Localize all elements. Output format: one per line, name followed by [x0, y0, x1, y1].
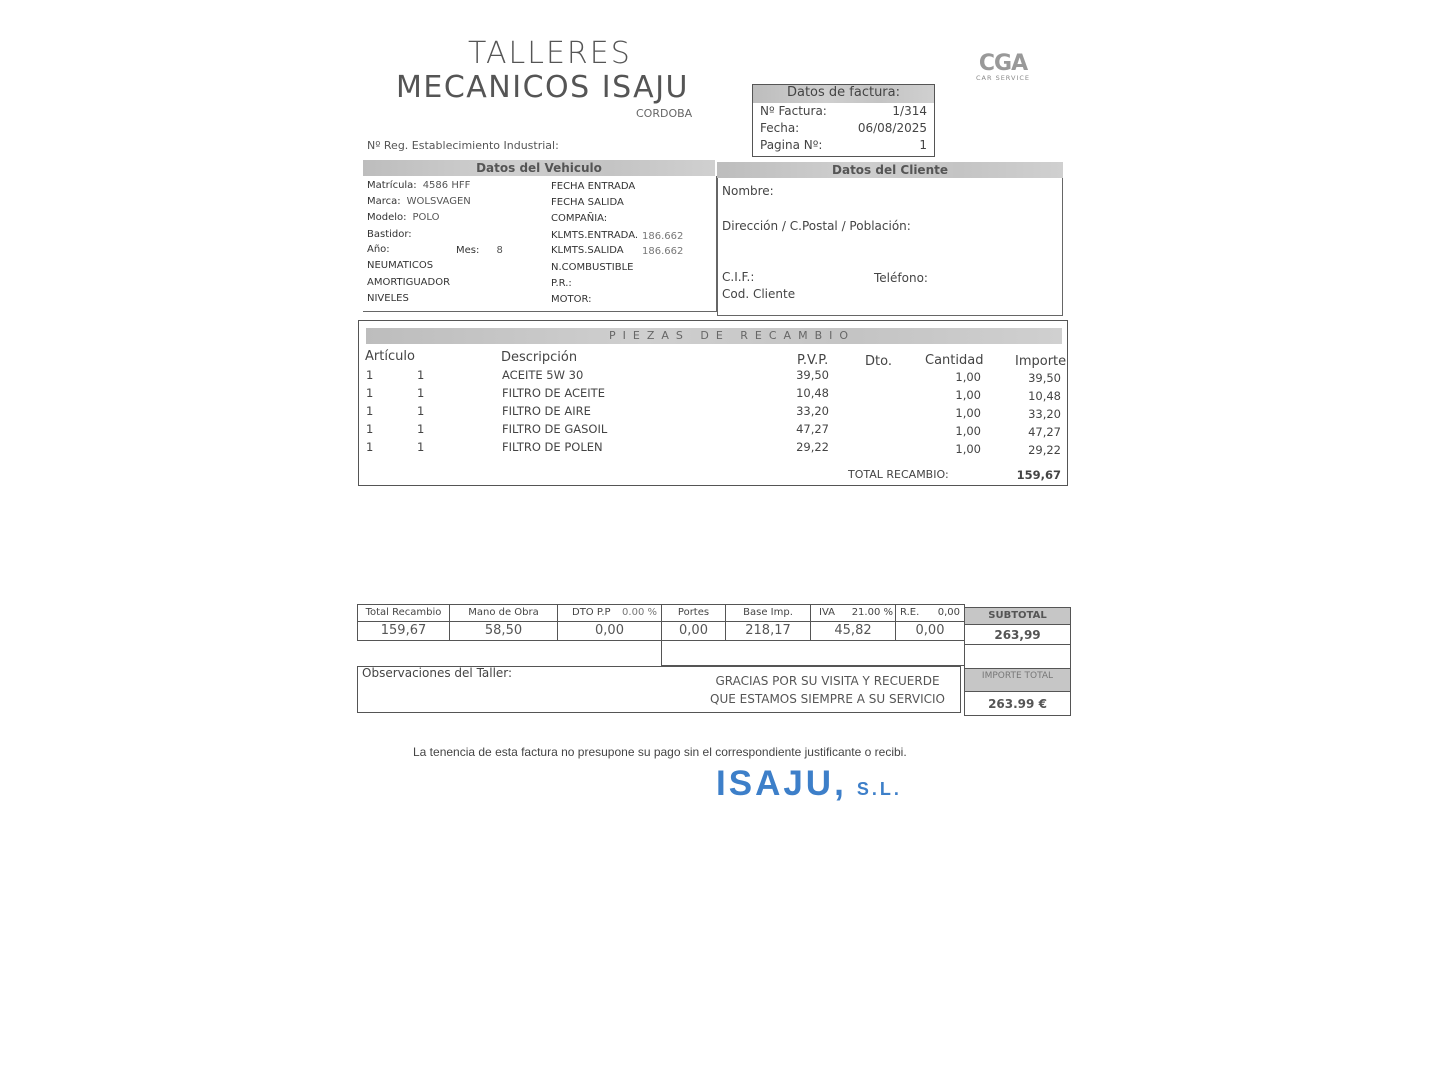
parts-cell-amount: 47,27 — [1010, 425, 1061, 439]
company-name-line2: MECANICOS ISAJU — [396, 70, 689, 105]
parts-section-title: PIEZAS DE RECAMBIO — [366, 328, 1062, 344]
vehicle-field-label: KLMTS.SALIDA — [551, 245, 624, 256]
vehicle-field: COMPAÑIA: — [551, 213, 607, 224]
invoice-date-row: Fecha: 06/08/2025 — [753, 120, 934, 137]
col-amount: Importe — [1015, 354, 1066, 369]
totals-re-pct: 0,00 — [938, 605, 960, 621]
totals-empty-row — [661, 640, 965, 666]
totals-parts-label: Total Recambio — [358, 605, 449, 621]
invoice-data-title: Datos de factura: — [753, 85, 934, 103]
parts-cell-pvp: 39,50 — [770, 368, 829, 382]
client-cif-label: C.I.F.: — [722, 270, 754, 284]
totals-dto-value-cell: 0,00 — [557, 621, 662, 641]
totals-subtotal: 263,99 — [965, 625, 1070, 645]
vehicle-field: Modelo:POLO — [367, 212, 440, 223]
totals-dto-label-cell: DTO P.P 0.00 % — [557, 604, 662, 622]
stamp-main: ISAJU, — [716, 764, 847, 803]
invoice-page: 1 — [919, 137, 927, 154]
workshop-notes-label: Observaciones del Taller: — [362, 666, 512, 680]
totals-labor-label-cell: Mano de Obra — [449, 604, 558, 622]
vehicle-field: FECHA ENTRADA — [551, 181, 635, 192]
parts-total-label: TOTAL RECAMBIO: — [848, 468, 949, 481]
col-description: Descripción — [501, 350, 577, 365]
totals-vat-label-cell: IVA 21.00 % — [810, 604, 896, 622]
vehicle-field: NEUMATICOS — [367, 260, 439, 271]
parts-cell-description: FILTRO DE ACEITE — [502, 386, 752, 400]
parts-cell-col1: 1 — [366, 368, 386, 382]
totals-shipping-label-cell: Portes — [661, 604, 726, 622]
cga-logo: CGA CAR SERVICE — [976, 54, 1030, 82]
vehicle-field-label: Matrícula: — [367, 180, 417, 191]
col-pvp: P.V.P. — [797, 353, 828, 368]
grand-total: 263.99 € — [965, 692, 1070, 716]
vehicle-field: Matrícula:4586 HFF — [367, 180, 470, 191]
vehicle-field-label: Modelo: — [367, 212, 407, 223]
grand-total-label: IMPORTE TOTAL — [964, 668, 1071, 692]
thanks-message: GRACIAS POR SU VISITA Y RECUERDE QUE EST… — [665, 672, 990, 708]
parts-cell-col2: 1 — [417, 368, 437, 382]
grand-total-cell: 263.99 € — [964, 691, 1071, 716]
invoice-number-label: Nº Factura: — [760, 103, 827, 120]
totals-base-label: Base Imp. — [726, 605, 810, 621]
parts-cell-quantity: 1,00 — [930, 442, 981, 456]
totals-dto: 0,00 — [558, 622, 661, 640]
totals-vat-pct: 21.00 % — [852, 605, 893, 621]
vehicle-field-value: 186.662 — [642, 246, 683, 257]
totals-labor-value-cell: 58,50 — [449, 621, 558, 641]
totals-shipping-value-cell: 0,00 — [661, 621, 726, 641]
parts-cell-quantity: 1,00 — [930, 370, 981, 384]
cga-logo-icon: CGA — [976, 54, 1030, 74]
totals-shipping-label: Portes — [662, 605, 725, 621]
totals-vat-value-cell: 45,82 — [810, 621, 896, 641]
thanks-line1: GRACIAS POR SU VISITA Y RECUERDE — [665, 672, 990, 690]
vehicle-field-value: 4586 HFF — [423, 180, 471, 191]
parts-cell-col2: 1 — [417, 386, 437, 400]
company-name-line1: TALLERES — [468, 36, 632, 71]
vehicle-field-value: POLO — [413, 212, 440, 223]
company-stamp: ISAJU,S.L. — [716, 764, 902, 804]
payment-disclaimer: La tenencia de esta factura no presupone… — [413, 745, 907, 759]
parts-cell-col2: 1 — [417, 422, 437, 436]
totals-shipping: 0,00 — [662, 622, 725, 640]
vehicle-field: AMORTIGUADOR — [367, 277, 456, 288]
parts-cell-description: FILTRO DE POLEN — [502, 440, 752, 454]
totals-vat-label-row: IVA 21.00 % — [811, 605, 895, 621]
totals-labor-label: Mano de Obra — [450, 605, 557, 621]
parts-cell-quantity: 1,00 — [930, 406, 981, 420]
vehicle-field: KLMTS.SALIDA186.662 — [551, 245, 624, 256]
parts-cell-col1: 1 — [366, 440, 386, 454]
vehicle-field-label: P.R.: — [551, 278, 572, 289]
client-phone-label: Teléfono: — [874, 271, 928, 285]
invoice-data-box: Datos de factura: Nº Factura: 1/314 Fech… — [752, 84, 935, 157]
totals-base-label-cell: Base Imp. — [725, 604, 811, 622]
totals-subtotal-label: SUBTOTAL — [964, 607, 1071, 625]
vehicle-field-label: MOTOR: — [551, 294, 592, 305]
totals-re: 0,00 — [896, 622, 964, 640]
parts-cell-col1: 1 — [366, 422, 386, 436]
parts-cell-amount: 29,22 — [1010, 443, 1061, 457]
invoice-number: 1/314 — [892, 103, 927, 120]
parts-cell-pvp: 33,20 — [770, 404, 829, 418]
totals-parts: 159,67 — [358, 622, 449, 640]
totals-vat: 45,82 — [811, 622, 895, 640]
totals-dto-pct: 0.00 % — [622, 605, 657, 621]
vehicle-field: FECHA SALIDA — [551, 197, 624, 208]
parts-cell-description: FILTRO DE GASOIL — [502, 422, 752, 436]
col-article: Artículo — [365, 349, 415, 364]
totals-base: 218,17 — [726, 622, 810, 640]
col-quantity: Cantidad — [925, 353, 983, 368]
parts-cell-quantity: 1,00 — [930, 424, 981, 438]
vehicle-month-value: 8 — [497, 245, 503, 256]
vehicle-field-label: NIVELES — [367, 293, 409, 304]
stamp-suffix: S.L. — [857, 779, 902, 799]
totals-labor: 58,50 — [450, 622, 557, 640]
vehicle-field-label: AMORTIGUADOR — [367, 277, 450, 288]
parts-cell-col2: 1 — [417, 440, 437, 454]
parts-table — [358, 320, 1068, 486]
invoice-date-label: Fecha: — [760, 120, 799, 137]
parts-cell-col2: 1 — [417, 404, 437, 418]
vehicle-field: MOTOR: — [551, 294, 592, 305]
parts-cell-pvp: 10,48 — [770, 386, 829, 400]
vehicle-field-label: Año: — [367, 244, 390, 255]
vehicle-field-label: COMPAÑIA: — [551, 213, 607, 224]
parts-cell-description: ACEITE 5W 30 — [502, 368, 752, 382]
thanks-line2: QUE ESTAMOS SIEMPRE A SU SERVICIO — [665, 690, 990, 708]
client-section-title: Datos del Cliente — [717, 162, 1063, 178]
vehicle-field: Año: — [367, 244, 396, 255]
invoice-number-row: Nº Factura: 1/314 — [753, 103, 934, 120]
cga-logo-subtitle: CAR SERVICE — [976, 74, 1030, 82]
invoice-page-label: Pagina Nº: — [760, 137, 822, 154]
totals-re-label-row: R.E. 0,00 — [896, 605, 964, 621]
vehicle-field-label: KLMTS.ENTRADA. — [551, 230, 638, 241]
vehicle-field: Bastidor: — [367, 229, 418, 240]
vehicle-field-label: FECHA SALIDA — [551, 197, 624, 208]
parts-cell-amount: 39,50 — [1010, 371, 1061, 385]
totals-dto-label-row: DTO P.P 0.00 % — [558, 605, 661, 621]
vehicle-field-value: WOLSVAGEN — [407, 196, 471, 207]
vehicle-field-label: Bastidor: — [367, 229, 412, 240]
totals-parts-value-cell: 159,67 — [357, 621, 450, 641]
parts-cell-description: FILTRO DE AIRE — [502, 404, 752, 418]
totals-vat-label: IVA — [819, 605, 835, 621]
totals-re-label: R.E. — [900, 605, 919, 621]
vehicle-month: Mes: 8 — [456, 245, 503, 256]
vehicle-field-label: N.COMBUSTIBLE — [551, 262, 633, 273]
client-address-label: Dirección / C.Postal / Población: — [722, 219, 911, 233]
vehicle-month-label: Mes: — [456, 245, 479, 256]
totals-re-value-cell: 0,00 — [895, 621, 965, 641]
vehicle-field: NIVELES — [367, 293, 415, 304]
client-code-label: Cod. Cliente — [722, 287, 795, 301]
company-city: CORDOBA — [636, 107, 692, 120]
parts-cell-quantity: 1,00 — [930, 388, 981, 402]
col-discount: Dto. — [865, 354, 892, 369]
vehicle-field-label: Marca: — [367, 196, 401, 207]
vehicle-field-label: NEUMATICOS — [367, 260, 433, 271]
parts-cell-amount: 33,20 — [1010, 407, 1061, 421]
parts-title-text: PIEZAS DE RECAMBIO — [609, 329, 855, 342]
parts-cell-pvp: 47,27 — [770, 422, 829, 436]
totals-re-label-cell: R.E. 0,00 — [895, 604, 965, 622]
parts-cell-pvp: 29,22 — [770, 440, 829, 454]
parts-cell-col1: 1 — [366, 404, 386, 418]
totals-base-value-cell: 218,17 — [725, 621, 811, 641]
totals-empty-right — [964, 644, 1071, 670]
vehicle-field: P.R.: — [551, 278, 572, 289]
registration-label: Nº Reg. Establecimiento Industrial: — [367, 139, 559, 152]
totals-dto-label: DTO P.P — [572, 605, 611, 621]
client-name-label: Nombre: — [722, 184, 774, 198]
parts-cell-amount: 10,48 — [1010, 389, 1061, 403]
vehicle-field: Marca:WOLSVAGEN — [367, 196, 471, 207]
vehicle-section-title: Datos del Vehiculo — [363, 160, 715, 176]
totals-parts-label-cell: Total Recambio — [357, 604, 450, 622]
parts-total: 159,67 — [1000, 468, 1061, 482]
vehicle-field-label: FECHA ENTRADA — [551, 181, 635, 192]
totals-subtotal-cell: 263,99 — [964, 624, 1071, 645]
vehicle-field: KLMTS.ENTRADA.186.662 — [551, 230, 638, 241]
parts-cell-col1: 1 — [366, 386, 386, 400]
vehicle-field: N.COMBUSTIBLE — [551, 262, 633, 273]
invoice-page-row: Pagina Nº: 1 — [753, 137, 934, 154]
invoice-date: 06/08/2025 — [858, 120, 927, 137]
vehicle-field-value: 186.662 — [642, 231, 683, 242]
